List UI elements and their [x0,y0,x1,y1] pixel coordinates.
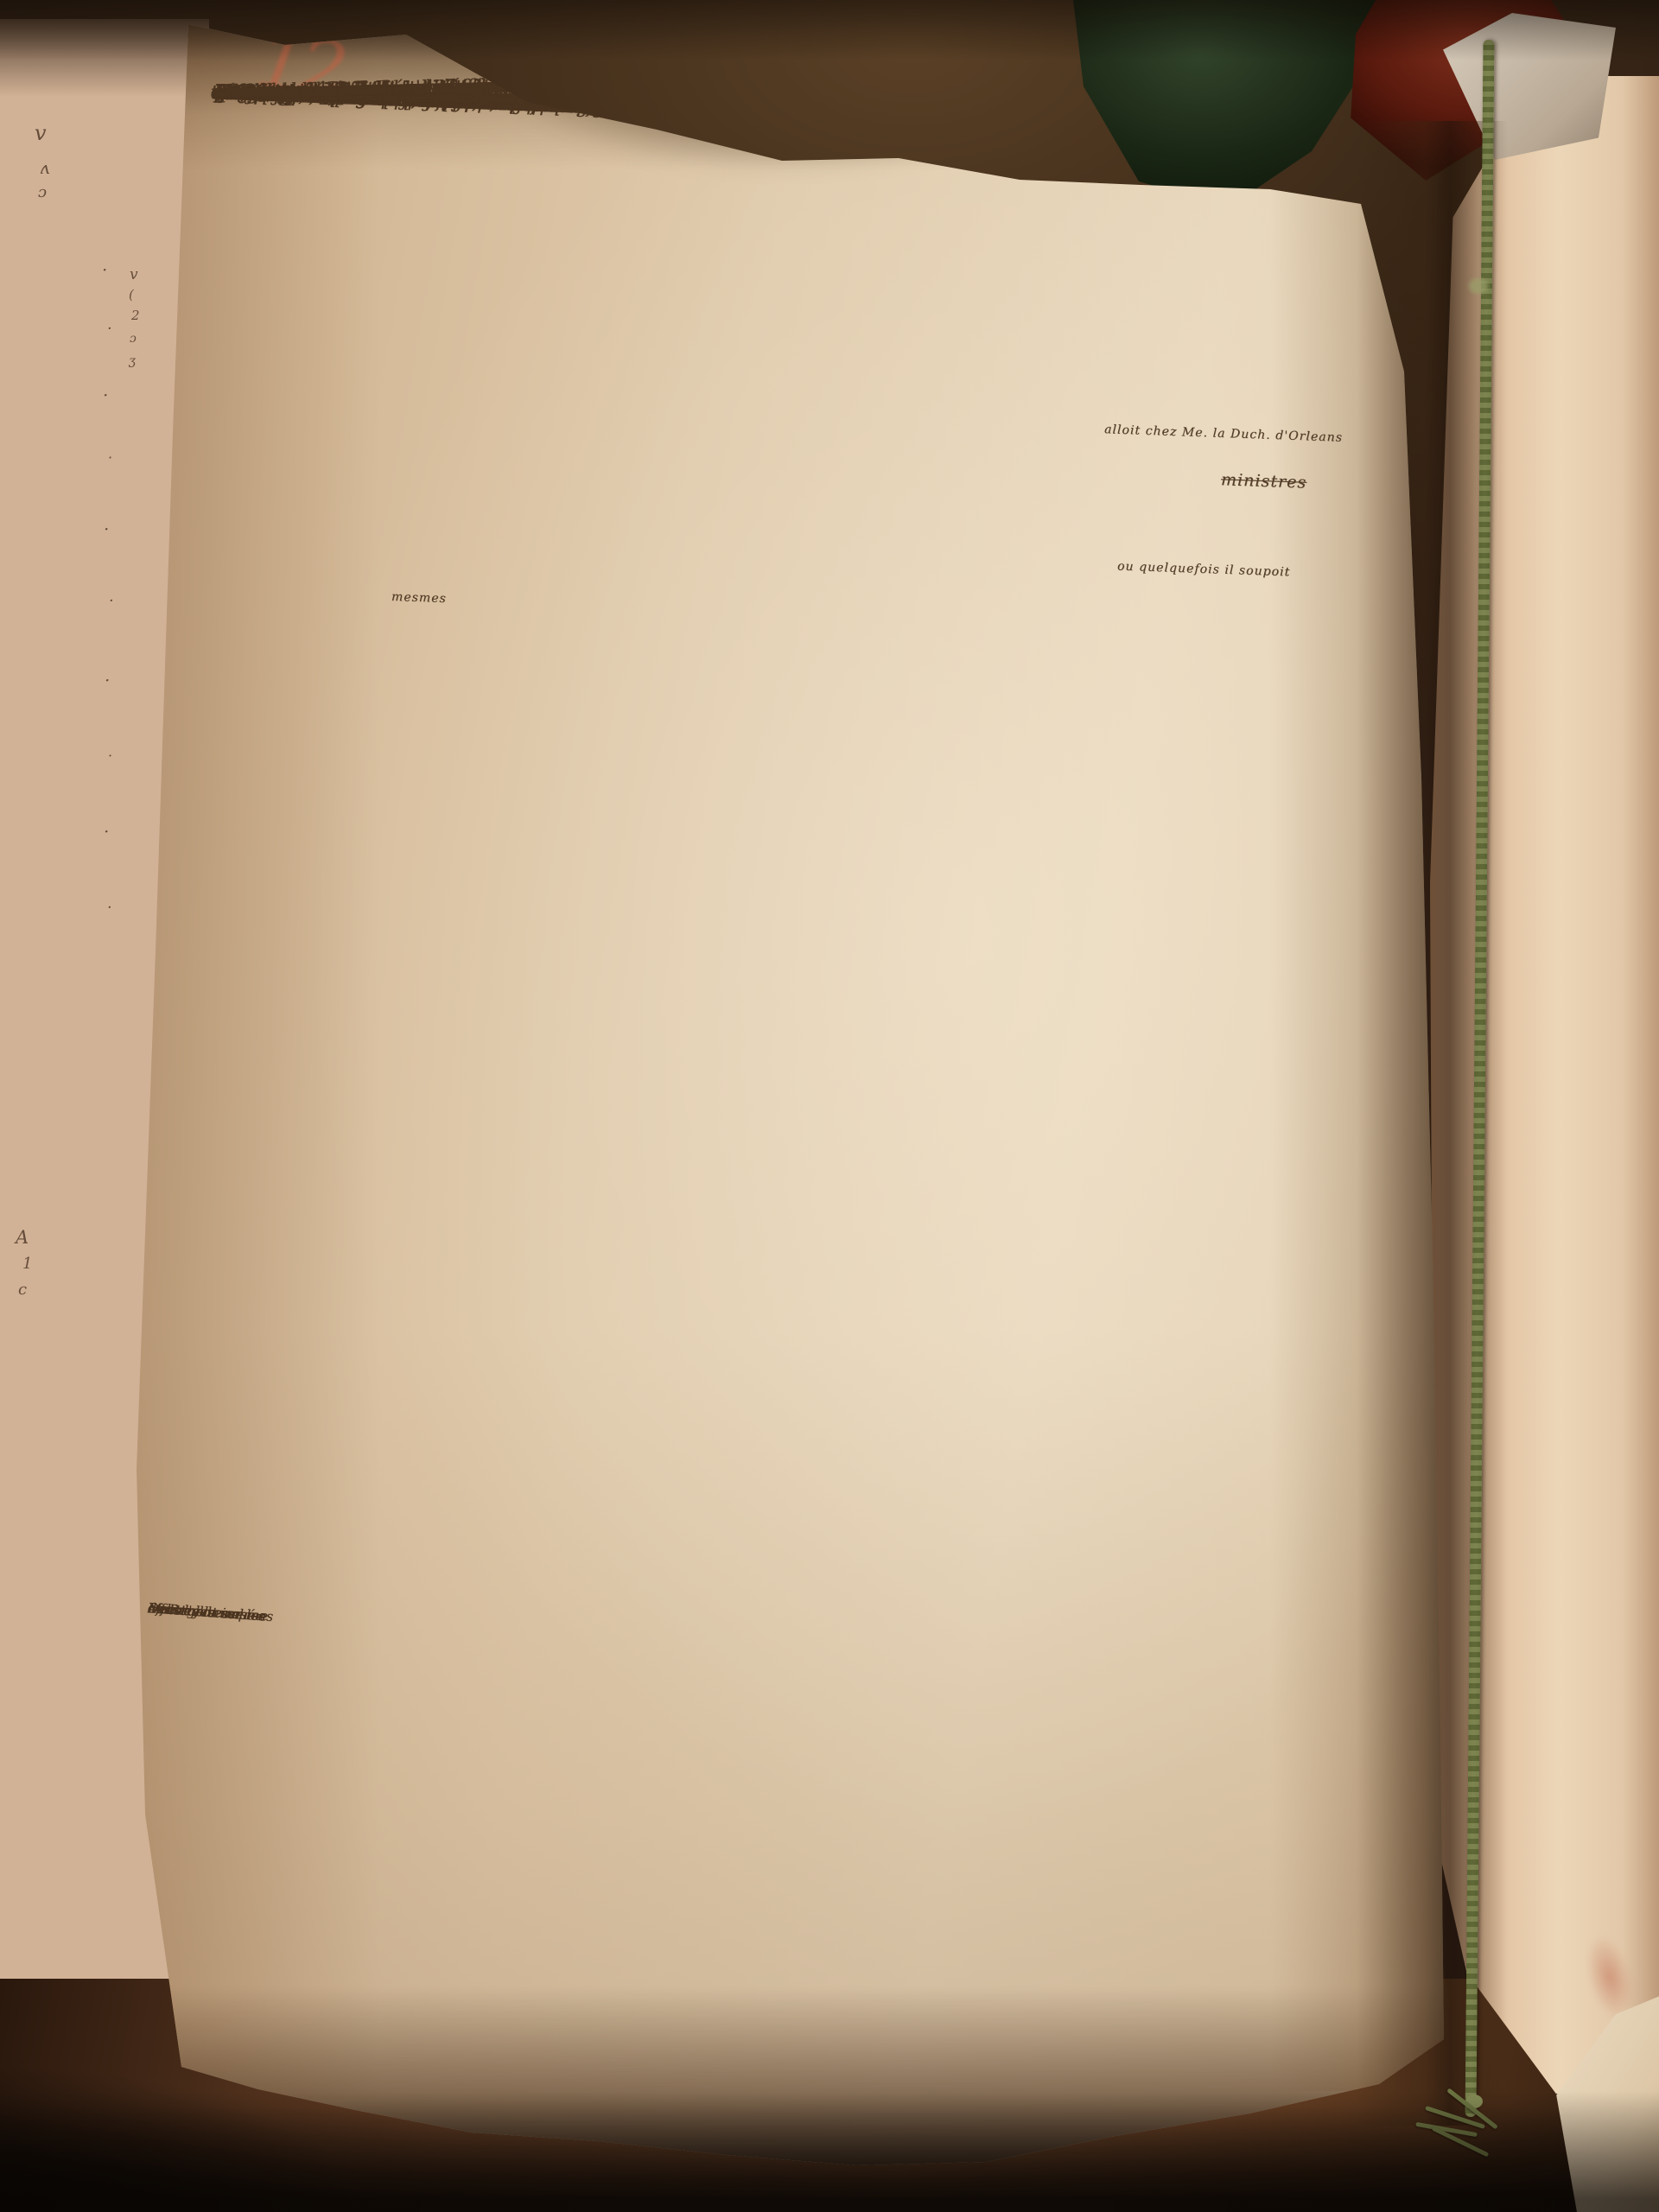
photo-manuscript-page: 12 1786 Touttes les matinées estoient li… [0,0,1659,2212]
folio-number: 1786 [749,48,817,77]
page-burn-top-mid [484,0,1089,173]
interlinear-note: mesmes [391,584,447,613]
interlinear-note: ou quelquefois il soupoit [1117,554,1291,587]
struck-word: ministres [1220,467,1306,497]
cord-fray [1469,278,1488,294]
